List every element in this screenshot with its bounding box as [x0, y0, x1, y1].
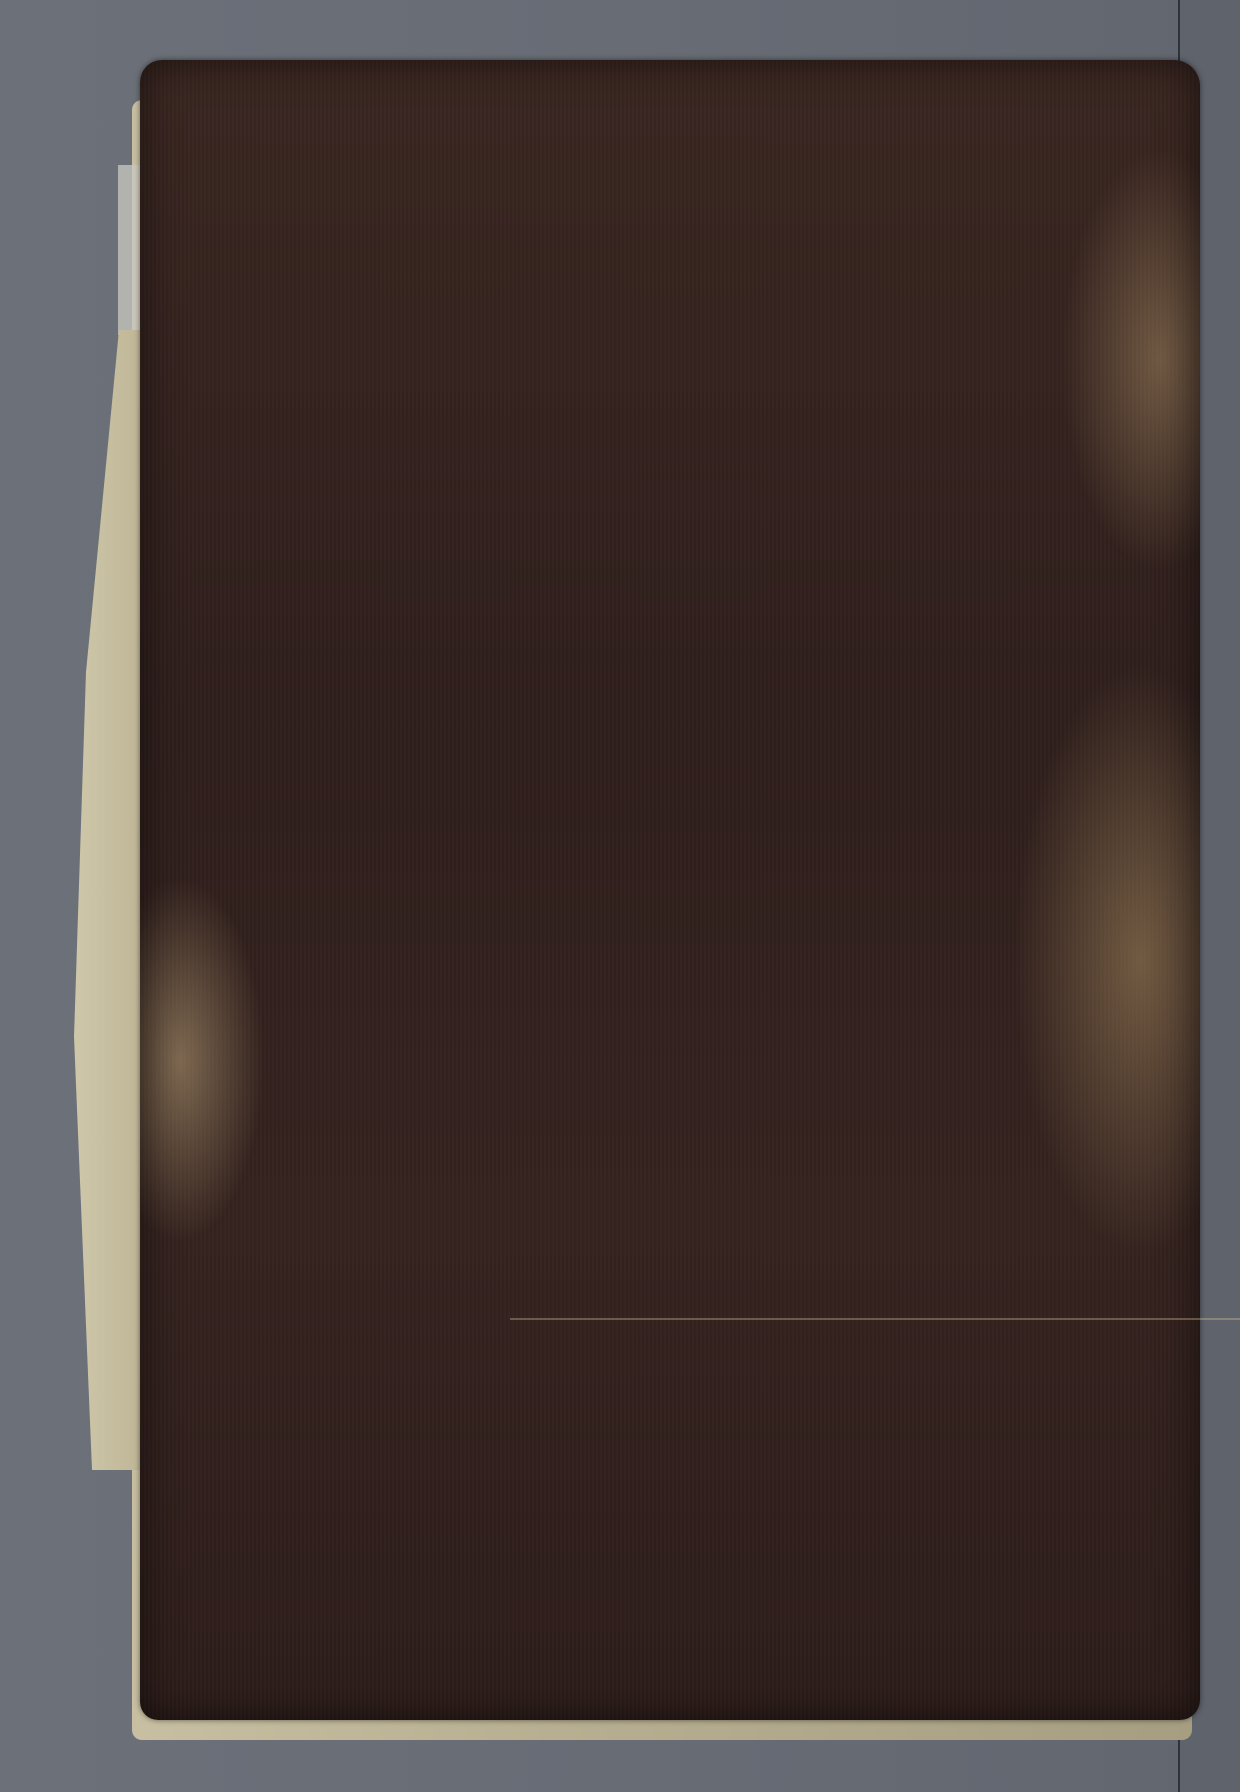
book-cover	[140, 60, 1200, 1720]
photo-scene	[0, 0, 1240, 1792]
crease-line	[510, 1318, 1240, 1320]
